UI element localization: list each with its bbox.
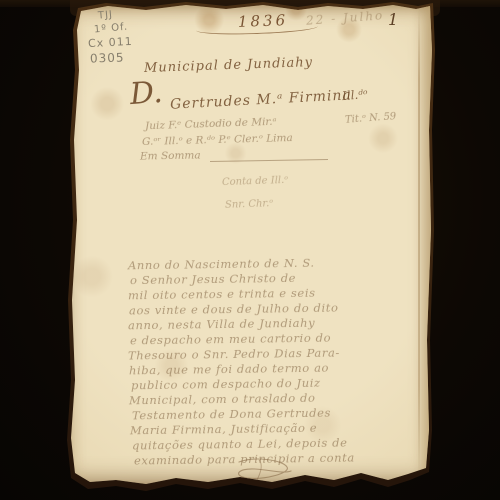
body-line: o Senhor Jesus Christo de [130, 271, 296, 287]
body-line: publico com despacho do Juiz [131, 376, 321, 393]
archive-mark-fund: TJJ [98, 9, 114, 21]
heading-reverendo: G.ᵒʳ Ill.ᵒ e R.ᵈᵒ P.ᵉ Cler.ᵒ Lima [142, 132, 293, 148]
heading-name: Gertrudes M.ᵃ Firmina [170, 87, 352, 112]
body-line: Maria Firmina, Justificação e [130, 421, 317, 438]
body-line: mil oito centos e trinta e seis [128, 286, 316, 303]
signature-flourish [225, 458, 295, 484]
body-line: Anno do Nascimento de N. S. [128, 256, 315, 273]
page-number: 1 [388, 10, 398, 29]
under-sheet-edge [420, 6, 433, 484]
heading-em-somma: Em Somma [140, 149, 201, 162]
em-somma-rule [210, 159, 328, 162]
archive-mark-number: 0305 [90, 50, 125, 65]
body-line: hiba, que me foi dado termo ao [129, 361, 329, 378]
body-line: Municipal, com o traslado do [129, 391, 316, 408]
margin-note-illdo: Ill.ᵈᵒ [341, 87, 368, 103]
heading-initial-d: D. [129, 83, 163, 105]
body-line: quitações quanto a Lei, depois de [132, 435, 348, 452]
body-line: Testamento de Dona Gertrudes [132, 406, 331, 423]
subheading-senhor: Snr. Chr.ᵒ [225, 198, 273, 211]
body-line: anno, nesta Villa de Jundiahy [128, 316, 315, 333]
archive-mark-box: Cx 011 [88, 35, 133, 50]
subheading-conta: Conta de Ill.ᵒ [222, 175, 288, 188]
paper-burnt-edge: TJJ 1º Of. Cx 011 0305 1836 22 - Julho 1… [58, 0, 436, 494]
photo-of-manuscript: TJJ 1º Of. Cx 011 0305 1836 22 - Julho 1… [0, 0, 500, 500]
body-line: e despacho em meu cartorio do [130, 331, 331, 348]
manuscript-page: TJJ 1º Of. Cx 011 0305 1836 22 - Julho 1… [58, 0, 436, 494]
heading-juiz: Juiz F.ᵉ Custodio de Mir.ᵃ [145, 116, 277, 133]
heading-municipal: Municipal de Jundiahy [144, 55, 313, 76]
archive-mark-office: 1º Of. [94, 22, 129, 36]
margin-note-tit59: Tit.ᵒ N. 59 [345, 111, 397, 126]
